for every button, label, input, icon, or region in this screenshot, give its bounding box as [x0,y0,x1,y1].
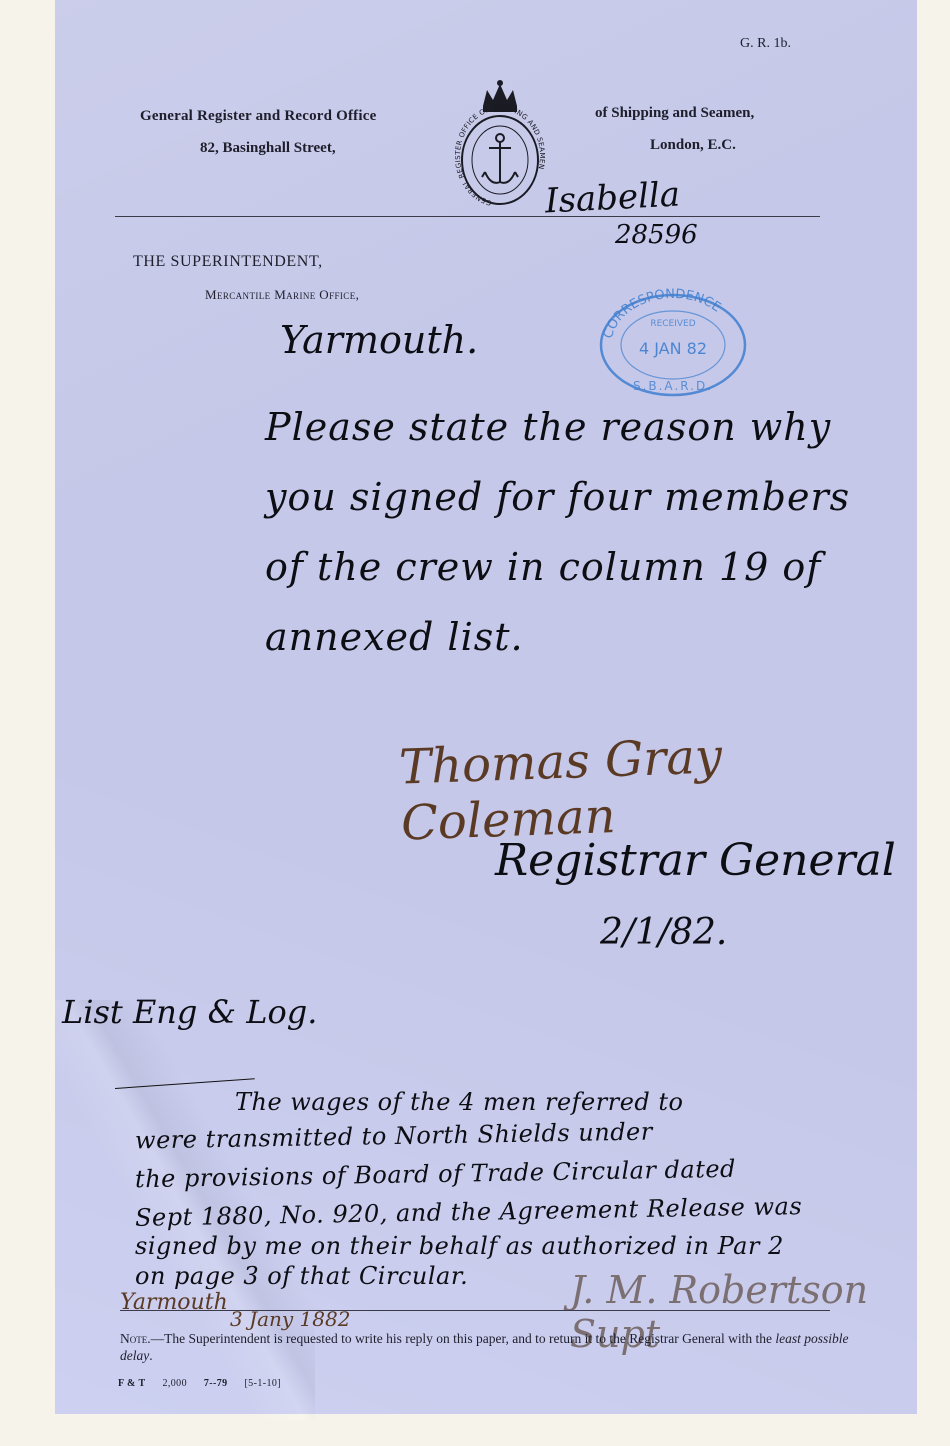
reply-place: Yarmouth [120,1290,228,1315]
footer-divider [120,1310,830,1311]
footer-note-lead: Note. [120,1331,151,1346]
printer-marks: F & T 2,000 7--79 [5-1-10] [118,1378,295,1389]
svg-text:CORRESPONDENCE: CORRESPONDENCE [601,288,724,340]
marginal-note: List Eng & Log. [62,993,317,1031]
signature-date: 2/1/82. [600,912,727,953]
svg-text:S.B.A.R.D.: S.B.A.R.D. [633,379,713,393]
body-line-1: Please state the reason why [265,405,831,449]
footer-note-text: —The Superintendent is requested to writ… [151,1331,776,1346]
ship-name: Isabella [544,174,681,221]
received-stamp: CORRESPONDENCE RECEIVED 4 JAN 82 S.B.A.R… [597,288,749,398]
addressee-title: THE SUPERINTENDENT, [133,253,323,271]
reply-line-6: on page 3 of that Circular. [135,1262,468,1290]
letterhead-address: 82, Basinghall Street, [200,140,336,157]
svg-text:4 JAN 82: 4 JAN 82 [639,339,707,358]
signatory-title: Registrar General [495,835,896,886]
header-divider [115,216,820,217]
printer-mark: 2,000 [162,1378,187,1389]
footer-note-end: . [149,1348,152,1363]
reply-date: 3 Jany 1882 [230,1307,350,1331]
printer-mark: [5-1-10] [244,1378,281,1389]
addressee-office: Mercantile Marine Office, [205,287,359,303]
letterhead-office: General Register and Record Office [140,108,376,125]
form-code: G. R. 1b. [740,36,791,52]
ship-official-number: 28596 [615,220,698,250]
footer-note: Note.—The Superintendent is requested to… [120,1330,860,1364]
printer-mark: F & T [118,1378,146,1389]
body-line-2: you signed for four members [265,475,850,519]
registrar-signature: Thomas Gray Coleman [398,720,950,851]
crown-anchor-emblem-icon: GENERAL REGISTER OFFICE OF SHIPPING AND … [455,78,545,206]
body-line-3: of the crew in column 19 of [265,545,821,589]
printer-mark: 7--79 [204,1378,228,1389]
letterhead-office-cont: of Shipping and Seamen, [595,105,754,122]
letterhead-city: London, E.C. [650,137,736,154]
svg-text:RECEIVED: RECEIVED [650,319,695,329]
addressee-port: Yarmouth. [280,318,478,362]
reply-line-1: The wages of the 4 men referred to [235,1088,684,1116]
reply-line-5: signed by me on their behalf as authoriz… [135,1232,784,1260]
body-line-4: annexed list. [265,615,524,659]
